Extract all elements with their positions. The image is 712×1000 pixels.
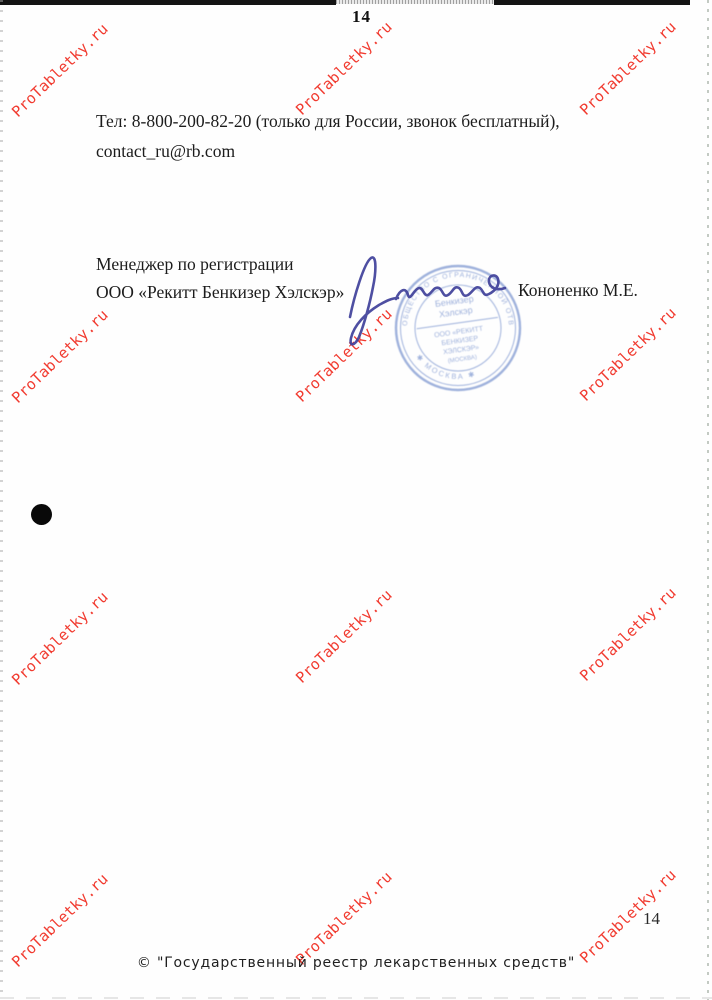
watermark-text: ProTabletky.ru xyxy=(577,867,679,966)
signature-svg xyxy=(340,245,520,355)
watermark-text: ProTabletky.ru xyxy=(577,585,679,684)
watermark-text: ProTabletky.ru xyxy=(293,869,395,968)
email-line: contact_ru@rb.com xyxy=(96,141,235,162)
signer-name: Кононенко М.Е. xyxy=(518,280,638,301)
watermark-text: ProTabletky.ru xyxy=(577,19,679,118)
handwritten-signature xyxy=(340,245,520,355)
scan-left-edge-marks xyxy=(0,0,3,1000)
scan-top-bar-left xyxy=(0,0,336,5)
scan-top-bar-right xyxy=(494,0,690,5)
page-number-top: 14 xyxy=(352,7,371,27)
scan-right-edge-marks xyxy=(707,0,709,1000)
scan-top-bar-halftone xyxy=(336,0,494,4)
watermark-text: ProTabletky.ru xyxy=(9,307,111,406)
phone-line: Тел: 8-800-200-82-20 (только для России,… xyxy=(96,111,560,132)
watermark-text: ProTabletky.ru xyxy=(9,21,111,120)
signature-stroke xyxy=(350,257,398,344)
company-line: ООО «Рекитт Бенкизер Хэлскэр» xyxy=(96,282,344,303)
watermark-text: ProTabletky.ru xyxy=(577,305,679,404)
scanned-document-page: 14 14 ProTabletky.ru ProTabletky.ru ProT… xyxy=(0,0,712,1000)
watermark-text: ProTabletky.ru xyxy=(293,19,395,118)
signature-stroke xyxy=(396,275,505,299)
ink-dot-artifact xyxy=(31,504,52,525)
role-line: Менеджер по регистрации xyxy=(96,254,293,275)
page-number-bottom: 14 xyxy=(643,909,660,929)
stamp-center-line: (МОСКВА) xyxy=(448,355,478,365)
footer-copyright: © "Государственный реестр лекарственных … xyxy=(0,955,712,971)
scan-bottom-edge-marks xyxy=(0,997,712,999)
watermark-text: ProTabletky.ru xyxy=(9,589,111,688)
watermark-text: ProTabletky.ru xyxy=(293,587,395,686)
